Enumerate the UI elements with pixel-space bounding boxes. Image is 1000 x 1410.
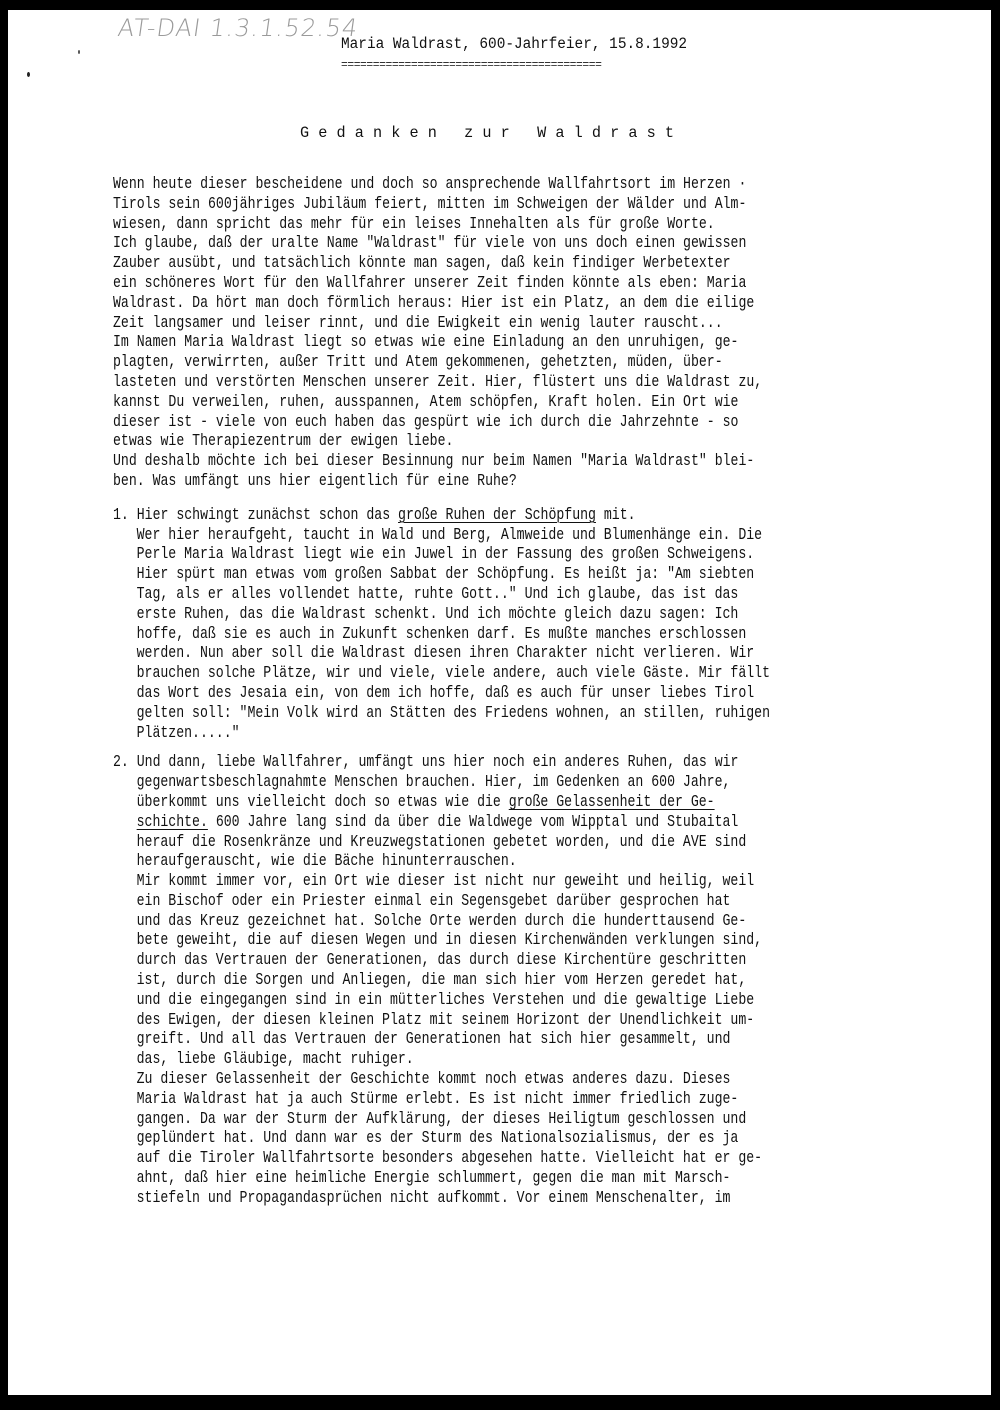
intro-paragraph: Wenn heute dieser bescheidene und doch s… xyxy=(113,175,1000,492)
document-body: Wenn heute dieser bescheidene und doch s… xyxy=(113,175,1000,1209)
text-span: 600 Jahre lang sind da über die Waldwege… xyxy=(208,813,738,831)
text-line: etwas wie Therapiezentrum der ewigen lie… xyxy=(113,432,847,452)
text-line: schichte. 600 Jahre lang sind da über di… xyxy=(113,813,847,833)
list-item-1: 1. Hier schwingt zunächst schon das groß… xyxy=(113,506,1000,744)
list-number: 1. xyxy=(113,506,129,524)
text-line: Tirols sein 600jähriges Jubiläum feiert,… xyxy=(113,195,847,215)
spacer xyxy=(113,743,1000,753)
text-line: überkommt uns vielleicht doch so etwas w… xyxy=(113,793,847,813)
underlined-phrase: große Ruhen der Schöpfung xyxy=(398,506,596,524)
text-line: Zeit langsamer und leiser rinnt, und die… xyxy=(113,314,847,334)
text-line: Ich glaube, daß der uralte Name "Waldras… xyxy=(113,234,847,254)
text-line: wiesen, dann spricht das mehr für ein le… xyxy=(113,215,847,235)
text-line: geplündert hat. Und dann war es der Stur… xyxy=(113,1129,847,1149)
scan-speck xyxy=(27,72,30,77)
text-line: greift. Und all das Vertrauen der Genera… xyxy=(113,1030,847,1050)
text-line: erste Ruhen, das die Waldrast schenkt. U… xyxy=(113,605,847,625)
text-line: Wer hier heraufgeht, taucht in Wald und … xyxy=(113,526,847,546)
text-line: das, liebe Gläubige, macht ruhiger. xyxy=(113,1050,847,1070)
text-line: dieser ist - viele von euch haben das ge… xyxy=(113,413,847,433)
text-line: Mir kommt immer vor, ein Ort wie dieser … xyxy=(113,872,847,892)
text-span: überkommt uns vielleicht doch so etwas w… xyxy=(137,793,509,811)
underlined-phrase: schichte. xyxy=(137,813,208,831)
text-line: bete geweiht, die auf diesen Wegen und i… xyxy=(113,931,847,951)
text-line: Und deshalb möchte ich bei dieser Besinn… xyxy=(113,452,847,472)
text-line: durch das Vertrauen der Generationen, da… xyxy=(113,951,847,971)
scan-speck xyxy=(78,50,80,54)
text-line: Hier spürt man etwas vom großen Sabbat d… xyxy=(113,565,847,585)
text-span: Hier schwingt zunächst schon das xyxy=(137,506,398,524)
text-line: plagten, verwirrten, außer Tritt und Ate… xyxy=(113,353,847,373)
document-page: AT-DAI 1.3.1.52.54 Maria Waldrast, 600-J… xyxy=(8,10,991,1395)
text-line: Im Namen Maria Waldrast liegt so etwas w… xyxy=(113,333,847,353)
text-line: Plätzen....." xyxy=(113,724,847,744)
text-line: gelten soll: "Mein Volk wird an Stätten … xyxy=(113,704,847,724)
text-line: das Wort des Jesaia ein, von dem ich hof… xyxy=(113,684,847,704)
text-line: hoffe, daß sie es auch in Zukunft schenk… xyxy=(113,625,847,645)
text-line: ben. Was umfängt uns hier eigentlich für… xyxy=(113,472,847,492)
list-item-first-line: 1. Hier schwingt zunächst schon das groß… xyxy=(113,506,847,526)
text-line: ahnt, daß hier eine heimliche Energie sc… xyxy=(113,1169,847,1189)
document-header: Maria Waldrast, 600-Jahrfeier, 15.8.1992 xyxy=(341,35,687,53)
text-line: auf die Tiroler Wallfahrtsorte besonders… xyxy=(113,1149,847,1169)
text-line: und die eingegangen sind in ein mütterli… xyxy=(113,991,847,1011)
text-line: Zauber ausübt, und tatsächlich könnte ma… xyxy=(113,254,847,274)
text-line: ein Bischof oder ein Priester einmal ein… xyxy=(113,892,847,912)
list-item-first-line: 2. Und dann, liebe Wallfahrer, umfängt u… xyxy=(113,753,847,773)
document-title: G e d a n k e n z u r W a l d r a s t xyxy=(300,124,674,142)
list-number: 2. xyxy=(113,753,129,771)
text-line: lasteten und verstörten Menschen unserer… xyxy=(113,373,847,393)
underlined-phrase: große Gelassenheit der Ge- xyxy=(509,793,715,811)
text-span: Und dann, liebe Wallfahrer, umfängt uns … xyxy=(137,753,739,771)
text-line: des Ewigen, der diesen kleinen Platz mit… xyxy=(113,1011,847,1031)
text-line: gegenwartsbeschlagnahmte Menschen brauch… xyxy=(113,773,847,793)
text-line: kannst Du verweilen, ruhen, ausspannen, … xyxy=(113,393,847,413)
text-line: Perle Maria Waldrast liegt wie ein Juwel… xyxy=(113,545,847,565)
text-line: herauf die Rosenkränze und Kreuzwegstati… xyxy=(113,833,847,853)
text-line: werden. Nun aber soll die Waldrast diese… xyxy=(113,644,847,664)
text-line: Wenn heute dieser bescheidene und doch s… xyxy=(113,175,847,195)
text-line: ein schöneres Wort für den Wallfahrer un… xyxy=(113,274,847,294)
spacer xyxy=(113,492,1000,506)
text-line: Tag, als er alles vollendet hatte, ruhte… xyxy=(113,585,847,605)
text-line: stiefeln und Propagandasprüchen nicht au… xyxy=(113,1189,847,1209)
list-item-2: 2. Und dann, liebe Wallfahrer, umfängt u… xyxy=(113,753,1000,1208)
text-line: brauchen solche Plätze, wir und viele, v… xyxy=(113,664,847,684)
text-line: ist, durch die Sorgen und Anliegen, die … xyxy=(113,971,847,991)
text-line: heraufgerauscht, wie die Bäche hinunterr… xyxy=(113,852,847,872)
archive-reference: AT-DAI 1.3.1.52.54 xyxy=(116,14,360,42)
text-line: und das Kreuz gezeichnet hat. Solche Ort… xyxy=(113,912,847,932)
text-span: mit. xyxy=(596,506,636,524)
text-line: Waldrast. Da hört man doch förmlich hera… xyxy=(113,294,847,314)
text-line: gangen. Da war der Sturm der Aufklärung,… xyxy=(113,1110,847,1130)
header-rule: ========================================… xyxy=(341,57,601,72)
text-line: Zu dieser Gelassenheit der Geschichte ko… xyxy=(113,1070,847,1090)
text-line: Maria Waldrast hat ja auch Stürme erlebt… xyxy=(113,1090,847,1110)
